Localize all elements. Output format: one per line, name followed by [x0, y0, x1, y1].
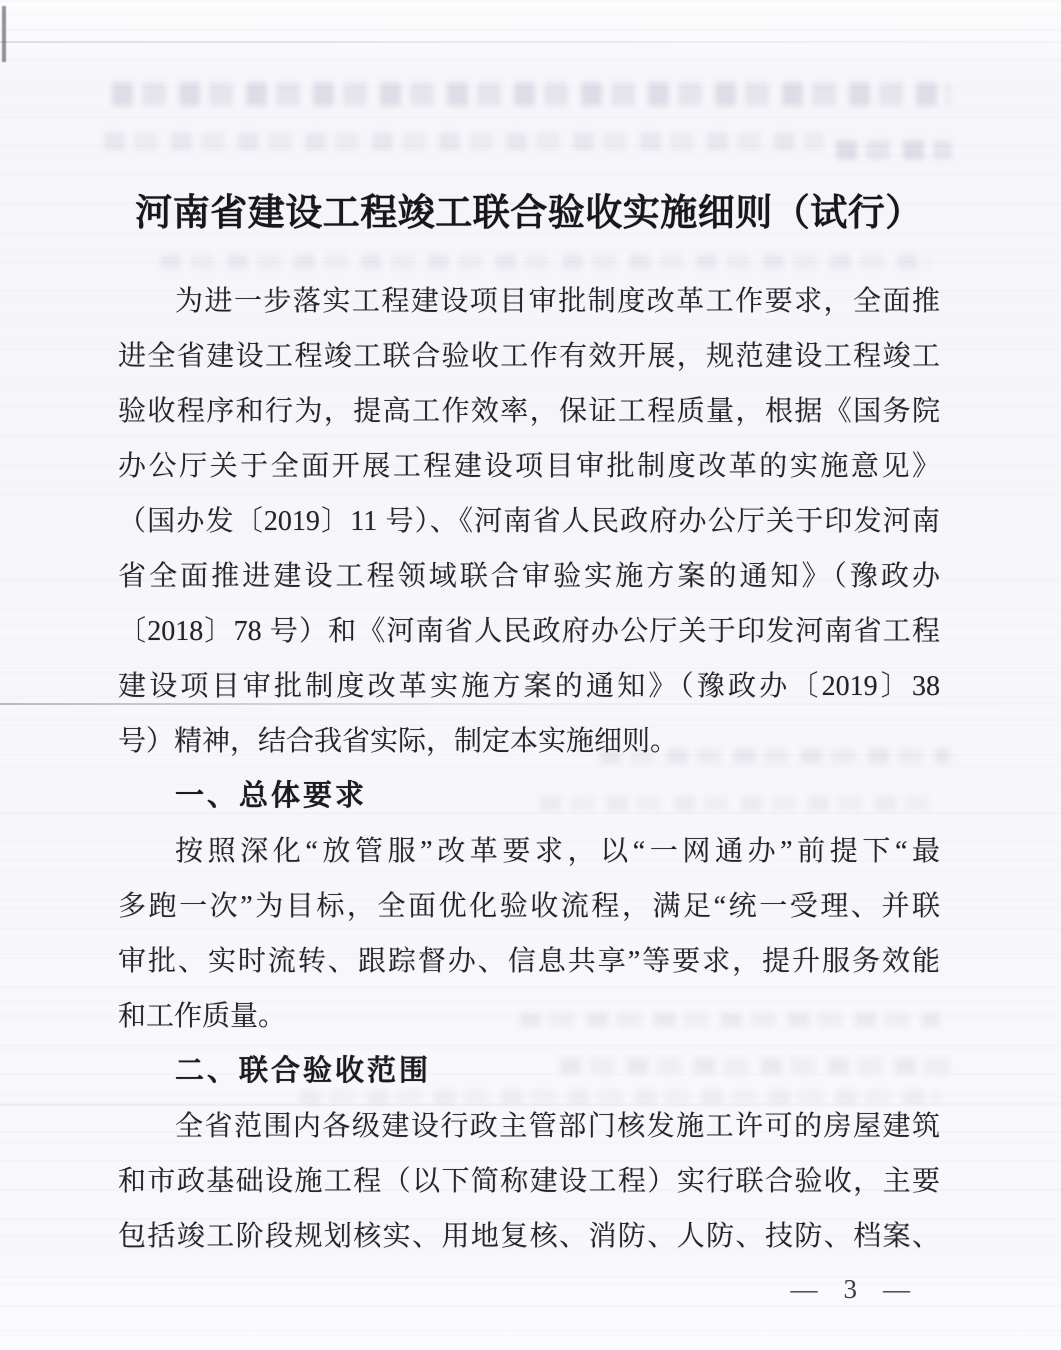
section-heading-general-requirements: 一、总体要求 — [118, 769, 940, 824]
document-title: 河南省建设工程竣工联合验收实施细则（试行） — [118, 186, 940, 242]
scan-edge-artifact — [2, 6, 6, 62]
page-number-dash-left: — — [791, 1274, 818, 1305]
paragraph-line: 包括竣工阶段规划核实、用地复核、消防、人防、技防、档案、 — [118, 1209, 940, 1264]
paragraph-line: 省全面推进建设工程领域联合审验实施方案的通知》（豫政办 — [118, 549, 940, 604]
paragraph-line: 建设项目审批制度改革实施方案的通知》（豫政办〔2019〕38 — [118, 659, 940, 714]
paragraph-line: 审批、实时流转、跟踪督办、信息共享”等要求，提升服务效能 — [118, 934, 940, 989]
paragraph-line: 进全省建设工程竣工联合验收工作有效开展，规范建设工程竣工 — [118, 329, 940, 384]
page-number: — 3 — — [791, 1262, 911, 1317]
paragraph-line: 〔2018〕78 号）和《河南省人民政府办公厅关于印发河南省工程 — [118, 604, 940, 659]
paragraph-line: 和工作质量。 — [118, 989, 940, 1044]
paragraph-line: 多跑一次”为目标，全面优化验收流程，满足“统一受理、并联 — [118, 879, 940, 934]
scanned-document-page: 河南省建设工程竣工联合验收实施细则（试行） 为进一步落实工程建设项目审批制度改革… — [0, 0, 1061, 1350]
paragraph-line: 全省范围内各级建设行政主管部门核发施工许可的房屋建筑 — [118, 1099, 940, 1154]
paragraph-line: 号）精神，结合我省实际，制定本实施细则。 — [118, 714, 940, 769]
paragraph-line: 验收程序和行为，提高工作效率，保证工程质量，根据《国务院 — [118, 384, 940, 439]
paragraph-line: 为进一步落实工程建设项目审批制度改革工作要求，全面推 — [118, 274, 940, 329]
section-heading-joint-acceptance-scope: 二、联合验收范围 — [118, 1044, 940, 1099]
paragraph-line: （国办发〔2019〕11 号）、《河南省人民政府办公厅关于印发河南 — [118, 494, 940, 549]
paragraph-line: 按照深化“放管服”改革要求，以“一网通办”前提下“最 — [118, 824, 940, 879]
paragraph-line: 办公厅关于全面开展工程建设项目审批制度改革的实施意见》 — [118, 439, 940, 494]
document-body: 为进一步落实工程建设项目审批制度改革工作要求，全面推 进全省建设工程竣工联合验收… — [118, 274, 940, 1264]
paragraph-line: 和市政基础设施工程（以下简称建设工程）实行联合验收，主要 — [118, 1154, 940, 1209]
page-number-dash-right: — — [883, 1274, 910, 1305]
page-number-value: 3 — [844, 1274, 858, 1305]
document-content: 河南省建设工程竣工联合验收实施细则（试行） 为进一步落实工程建设项目审批制度改革… — [118, 0, 940, 1264]
